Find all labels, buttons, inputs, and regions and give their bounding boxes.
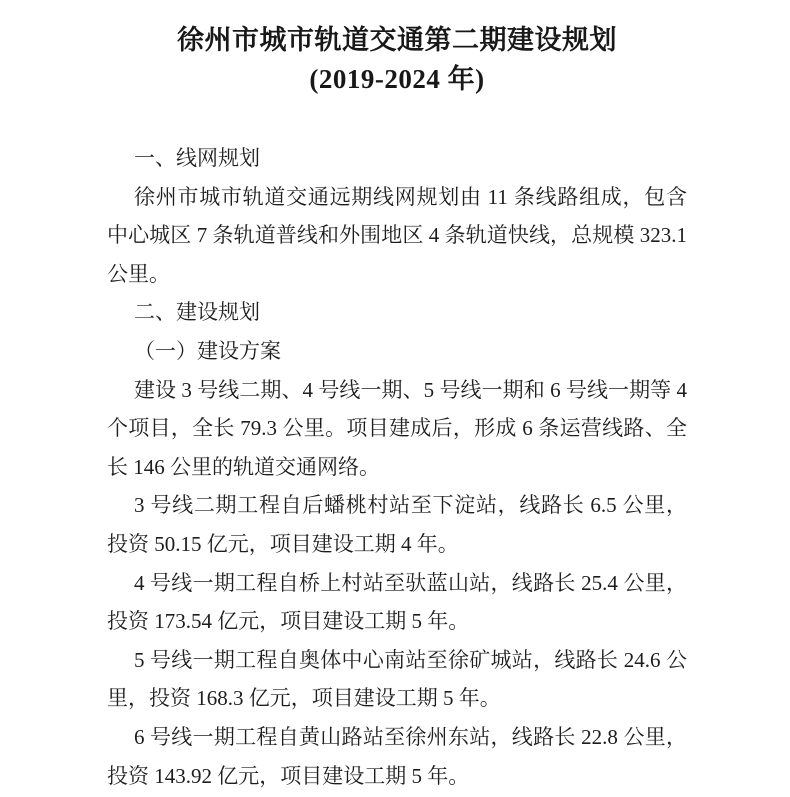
document-title: 徐州市城市轨道交通第二期建设规划 (2019-2024 年) (107, 21, 687, 99)
subsection-heading-construction-scheme: （一）建设方案 (107, 332, 687, 371)
section-heading-network-plan: 一、线网规划 (107, 139, 687, 178)
document-title-line-1: 徐州市城市轨道交通第二期建设规划 (107, 21, 687, 60)
document-body: 一、线网规划 徐州市城市轨道交通远期线网规划由 11 条线路组成，包含中心城区 … (107, 139, 687, 795)
paragraph-line-6-phase-1: 6 号线一期工程自黄山路站至徐州东站，线路长 22.8 公里，投资 143.92… (107, 718, 687, 795)
document-title-line-2: (2019-2024 年) (107, 60, 687, 99)
paragraph-line-3-phase-2: 3 号线二期工程自后蟠桃村站至下淀站，线路长 6.5 公里，投资 50.15 亿… (107, 486, 687, 563)
paragraph-line-5-phase-1: 5 号线一期工程自奥体中心南站至徐矿城站，线路长 24.6 公里，投资 168.… (107, 641, 687, 718)
paragraph-construction-overview: 建设 3 号线二期、4 号线一期、5 号线一期和 6 号线一期等 4 个项目，全… (107, 371, 687, 487)
paragraph-line-4-phase-1: 4 号线一期工程自桥上村站至驮蓝山站，线路长 25.4 公里，投资 173.54… (107, 564, 687, 641)
document-page: 徐州市城市轨道交通第二期建设规划 (2019-2024 年) 一、线网规划 徐州… (0, 0, 790, 797)
paragraph-network-plan: 徐州市城市轨道交通远期线网规划由 11 条线路组成，包含中心城区 7 条轨道普线… (107, 178, 687, 294)
section-heading-construction-plan: 二、建设规划 (107, 293, 687, 332)
